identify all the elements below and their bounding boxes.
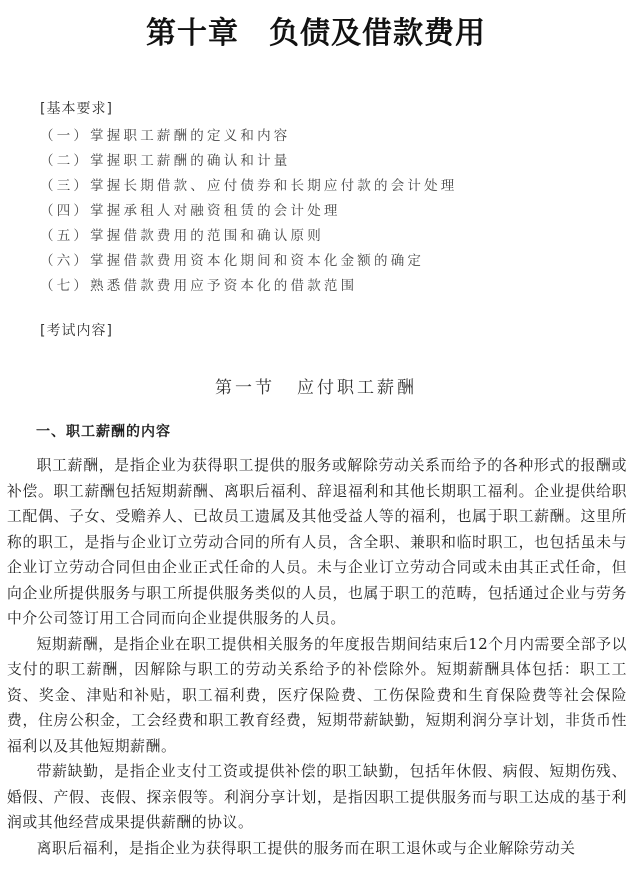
body-text: 职工薪酬，是指企业为获得职工提供的服务或解除劳动关系而给予的各种形式的报酬或补偿… (7, 453, 627, 861)
requirement-item: （三）掌握长期借款、应付债券和长期应付款的会计处理 (40, 174, 458, 199)
section-name: 应付职工薪酬 (297, 378, 417, 398)
paragraph: 离职后福利，是指企业为获得职工提供的服务而在职工退休或与企业解除劳动关 (7, 836, 627, 862)
requirement-item: （六）掌握借款费用资本化期间和资本化金额的确定 (40, 249, 458, 274)
subsection-heading: 一、职工薪酬的内容 (36, 421, 171, 441)
paragraph: 带薪缺勤，是指企业支付工资或提供补偿的职工缺勤，包括年休假、病假、短期伤残、婚假… (7, 759, 627, 836)
basic-requirements-heading: [基本要求] (40, 98, 113, 118)
paragraph: 短期薪酬，是指企业在职工提供相关服务的年度报告期间结束后12个月内需要全部予以支… (7, 632, 627, 760)
chapter-name: 负债及借款费用 (269, 16, 486, 51)
requirements-list: （一）掌握职工薪酬的定义和内容 （二）掌握职工薪酬的确认和计量 （三）掌握长期借… (40, 124, 458, 299)
chapter-number: 第十章 (146, 16, 239, 51)
section-number: 第一节 (215, 378, 275, 398)
requirement-item: （二）掌握职工薪酬的确认和计量 (40, 149, 458, 174)
requirement-item: （一）掌握职工薪酬的定义和内容 (40, 124, 458, 149)
chapter-title: 第十章负债及借款费用 (0, 8, 632, 52)
requirement-item: （四）掌握承租人对融资租赁的会计处理 (40, 199, 458, 224)
section-title: 第一节应付职工薪酬 (0, 373, 632, 398)
exam-content-heading: [考试内容] (40, 320, 113, 340)
requirement-item: （七）熟悉借款费用应予资本化的借款范围 (40, 274, 458, 299)
paragraph: 职工薪酬，是指企业为获得职工提供的服务或解除劳动关系而给予的各种形式的报酬或补偿… (7, 453, 627, 632)
requirement-item: （五）掌握借款费用的范围和确认原则 (40, 224, 458, 249)
